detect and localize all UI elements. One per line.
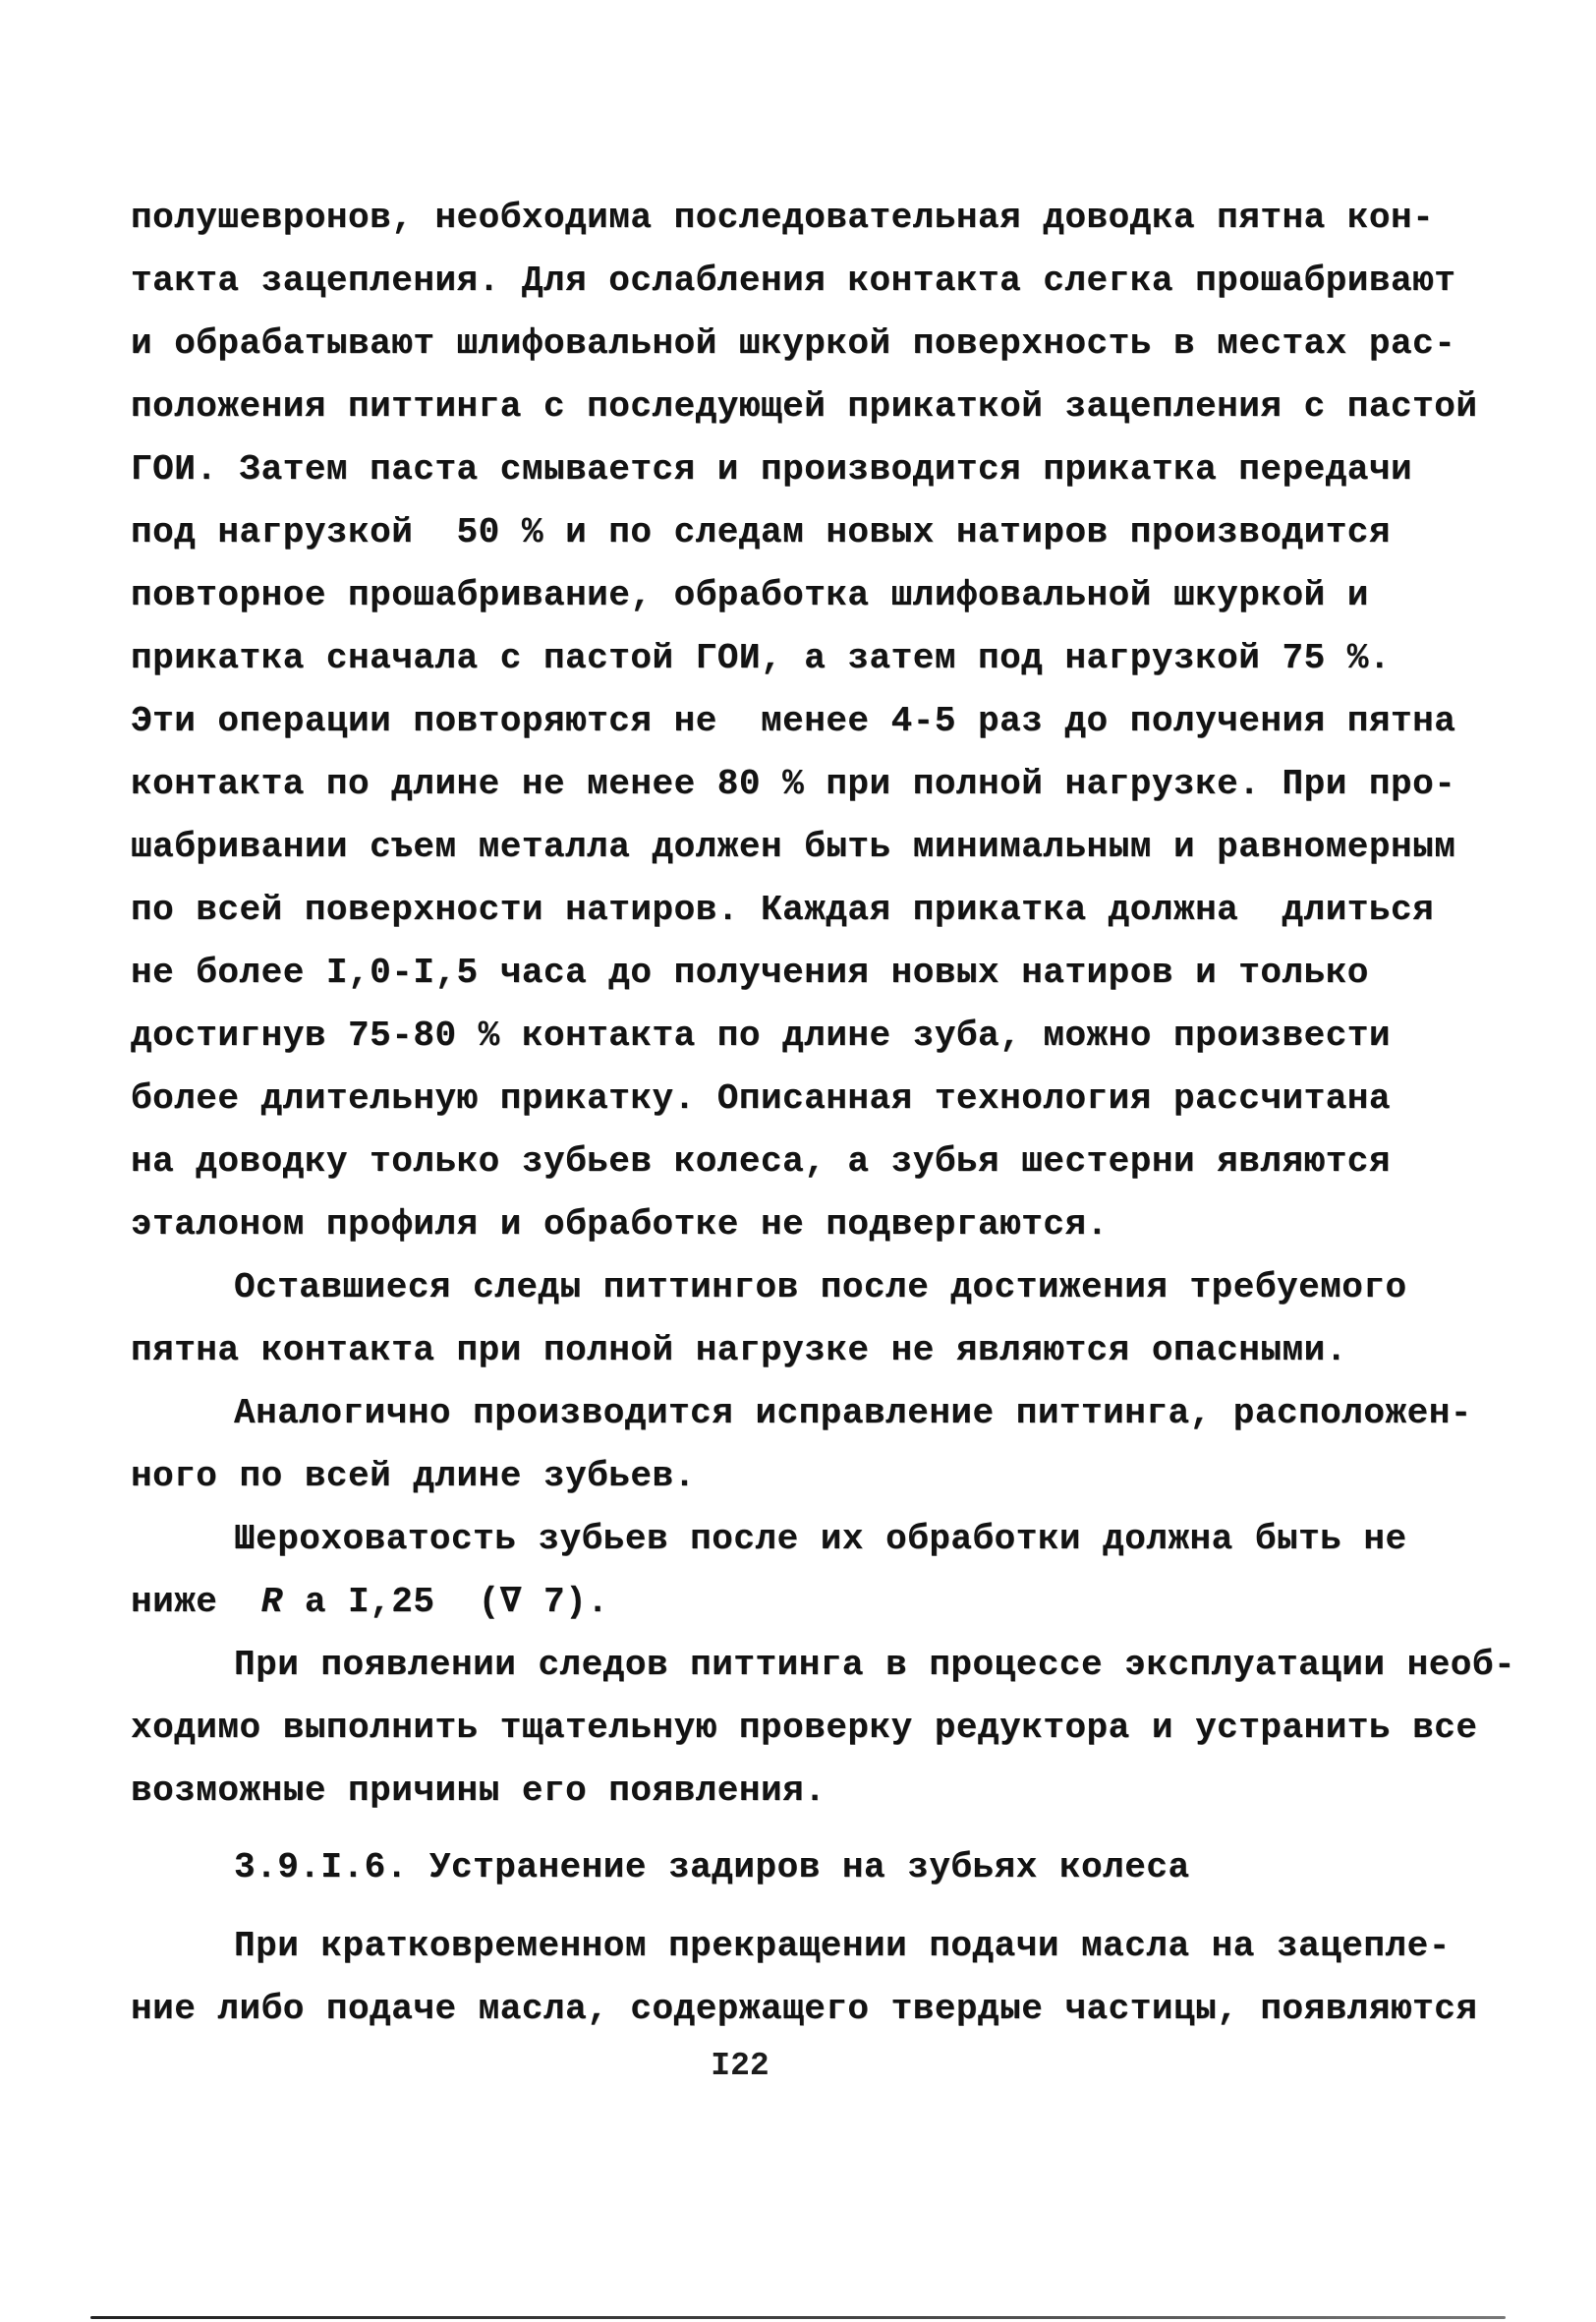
text-line: под нагрузкой 50 % и по следам новых нат… bbox=[131, 501, 1467, 564]
text-line: и обрабатывают шлифовальной шкуркой пове… bbox=[131, 313, 1467, 376]
text-line: прикатка сначала с пастой ГОИ, а затем п… bbox=[131, 627, 1467, 690]
text-line: Шероховатость зубьев после их обработки … bbox=[131, 1508, 1467, 1571]
text-line: При появлении следов питтинга в процессе… bbox=[131, 1634, 1467, 1697]
text-line: повторное прошабривание, обработка шлифо… bbox=[131, 564, 1467, 627]
roughness-prefix: ниже bbox=[131, 1582, 261, 1622]
text-block: полушевронов, необходима последовательна… bbox=[131, 187, 1467, 2041]
text-line: контакта по длине не менее 80 % при полн… bbox=[131, 753, 1467, 816]
text-line: не более I,0-I,5 часа до получения новых… bbox=[131, 942, 1467, 1005]
text-line: ние либо подаче масла, содержащего тверд… bbox=[131, 1978, 1467, 2041]
text-line: по всей поверхности натиров. Каждая прик… bbox=[131, 879, 1467, 942]
text-line: пятна контакта при полной нагрузке не яв… bbox=[131, 1319, 1467, 1382]
text-line: Оставшиеся следы питтингов после достиже… bbox=[131, 1256, 1467, 1319]
page-number: I22 bbox=[131, 2037, 1349, 2096]
text-line: более длительную прикатку. Описанная тех… bbox=[131, 1068, 1467, 1131]
text-line-roughness: ниже R a I,25 (∇ 7). bbox=[131, 1571, 1467, 1634]
scanned-document-page: полушевронов, необходима последовательна… bbox=[0, 0, 1596, 2322]
text-line: ходимо выполнить тщательную проверку ред… bbox=[131, 1697, 1467, 1760]
text-line: При кратковременном прекращении подачи м… bbox=[131, 1915, 1467, 1978]
text-line: ГОИ. Затем паста смывается и производитс… bbox=[131, 438, 1467, 501]
text-line: такта зацепления. Для ослабления контакт… bbox=[131, 250, 1467, 313]
text-line: достигнув 75-80 % контакта по длине зуба… bbox=[131, 1005, 1467, 1068]
scan-edge-artifact bbox=[90, 2316, 1506, 2319]
section-heading: 3.9.I.6. Устранение задиров на зубьях ко… bbox=[131, 1836, 1467, 1899]
text-line: Аналогично производится исправление питт… bbox=[131, 1382, 1467, 1445]
roughness-symbol: R bbox=[261, 1582, 283, 1622]
text-line: положения питтинга с последующей прикатк… bbox=[131, 376, 1467, 438]
text-line: Эти операции повторяются не менее 4-5 ра… bbox=[131, 690, 1467, 753]
text-line: полушевронов, необходима последовательна… bbox=[131, 187, 1467, 250]
text-line: возможные причины его появления. bbox=[131, 1760, 1467, 1823]
text-line: шабривании съем металла должен быть мини… bbox=[131, 816, 1467, 879]
text-line: на доводку только зубьев колеса, а зубья… bbox=[131, 1131, 1467, 1193]
roughness-value: a I,25 (∇ 7). bbox=[283, 1582, 609, 1622]
text-line: эталоном профиля и обработке не подверга… bbox=[131, 1193, 1467, 1256]
text-line: ного по всей длине зубьев. bbox=[131, 1445, 1467, 1508]
